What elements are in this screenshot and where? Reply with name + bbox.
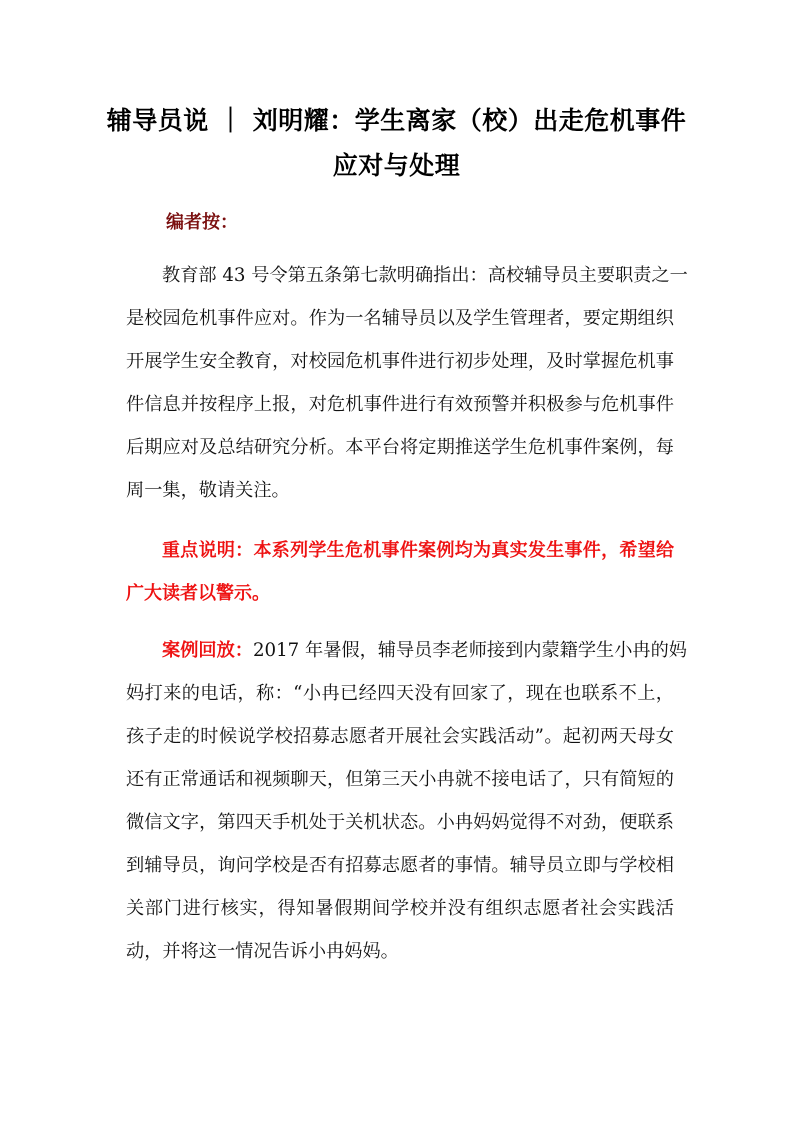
case-review-label: 案例回放： [162,640,253,661]
key-note-line: 广大读者以警示。 [126,580,270,607]
document-title-line-1: 辅导员说 ｜ 刘明耀：学生离家（校）出走危机事件 [0,101,793,137]
key-note-line: 重点说明：本系列学生危机事件案例均为真实发生事件，希望给 [126,537,674,564]
case-review-first-line-text: 2017 年暑假，辅导员李老师接到内蒙籍学生小冉的妈 [253,640,687,661]
case-review-line: 还有正常通话和视频聊天，但第三天小冉就不接电话了，只有简短的 [126,766,674,793]
case-review-line: 到辅导员，询问学校是否有招募志愿者的事情。辅导员立即与学校相 [126,852,674,879]
editor-note-line: 教育部 43 号令第五条第七款明确指出：高校辅导员主要职责之一 [126,262,674,289]
editor-note-line: 开展学生安全教育，对校园危机事件进行初步处理，及时掌握危机事 [126,348,674,375]
editor-note-label: 编者按： [166,208,238,234]
case-review-line: 动，并将这一情况告诉小冉妈妈。 [126,938,399,965]
case-review-line: 关部门进行核实，得知暑假期间学校并没有组织志愿者社会实践活 [126,895,674,922]
editor-note-line: 件信息并按程序上报，对危机事件进行有效预警并积极参与危机事件 [126,391,674,418]
case-review-line: 微信文字，第四天手机处于关机状态。小冉妈妈觉得不对劲，便联系 [126,809,674,836]
case-review-line: 妈打来的电话，称：“小冉已经四天没有回家了，现在也联系不上， [126,680,674,707]
editor-note-line: 周一集，敬请关注。 [126,477,290,504]
case-review-line: 孩子走的时候说学校招募志愿者开展社会实践活动”。起初两天母女 [126,723,674,750]
case-review-first-line: 案例回放：2017 年暑假，辅导员李老师接到内蒙籍学生小冉的妈 [126,637,674,664]
document-page: 辅导员说 ｜ 刘明耀：学生离家（校）出走危机事件 应对与处理 编者按： 教育部 … [0,0,793,1122]
editor-note-line: 是校园危机事件应对。作为一名辅导员以及学生管理者，要定期组织 [126,305,674,332]
editor-note-line: 后期应对及总结研究分析。本平台将定期推送学生危机事件案例，每 [126,434,674,461]
document-title-line-2: 应对与处理 [0,146,793,182]
